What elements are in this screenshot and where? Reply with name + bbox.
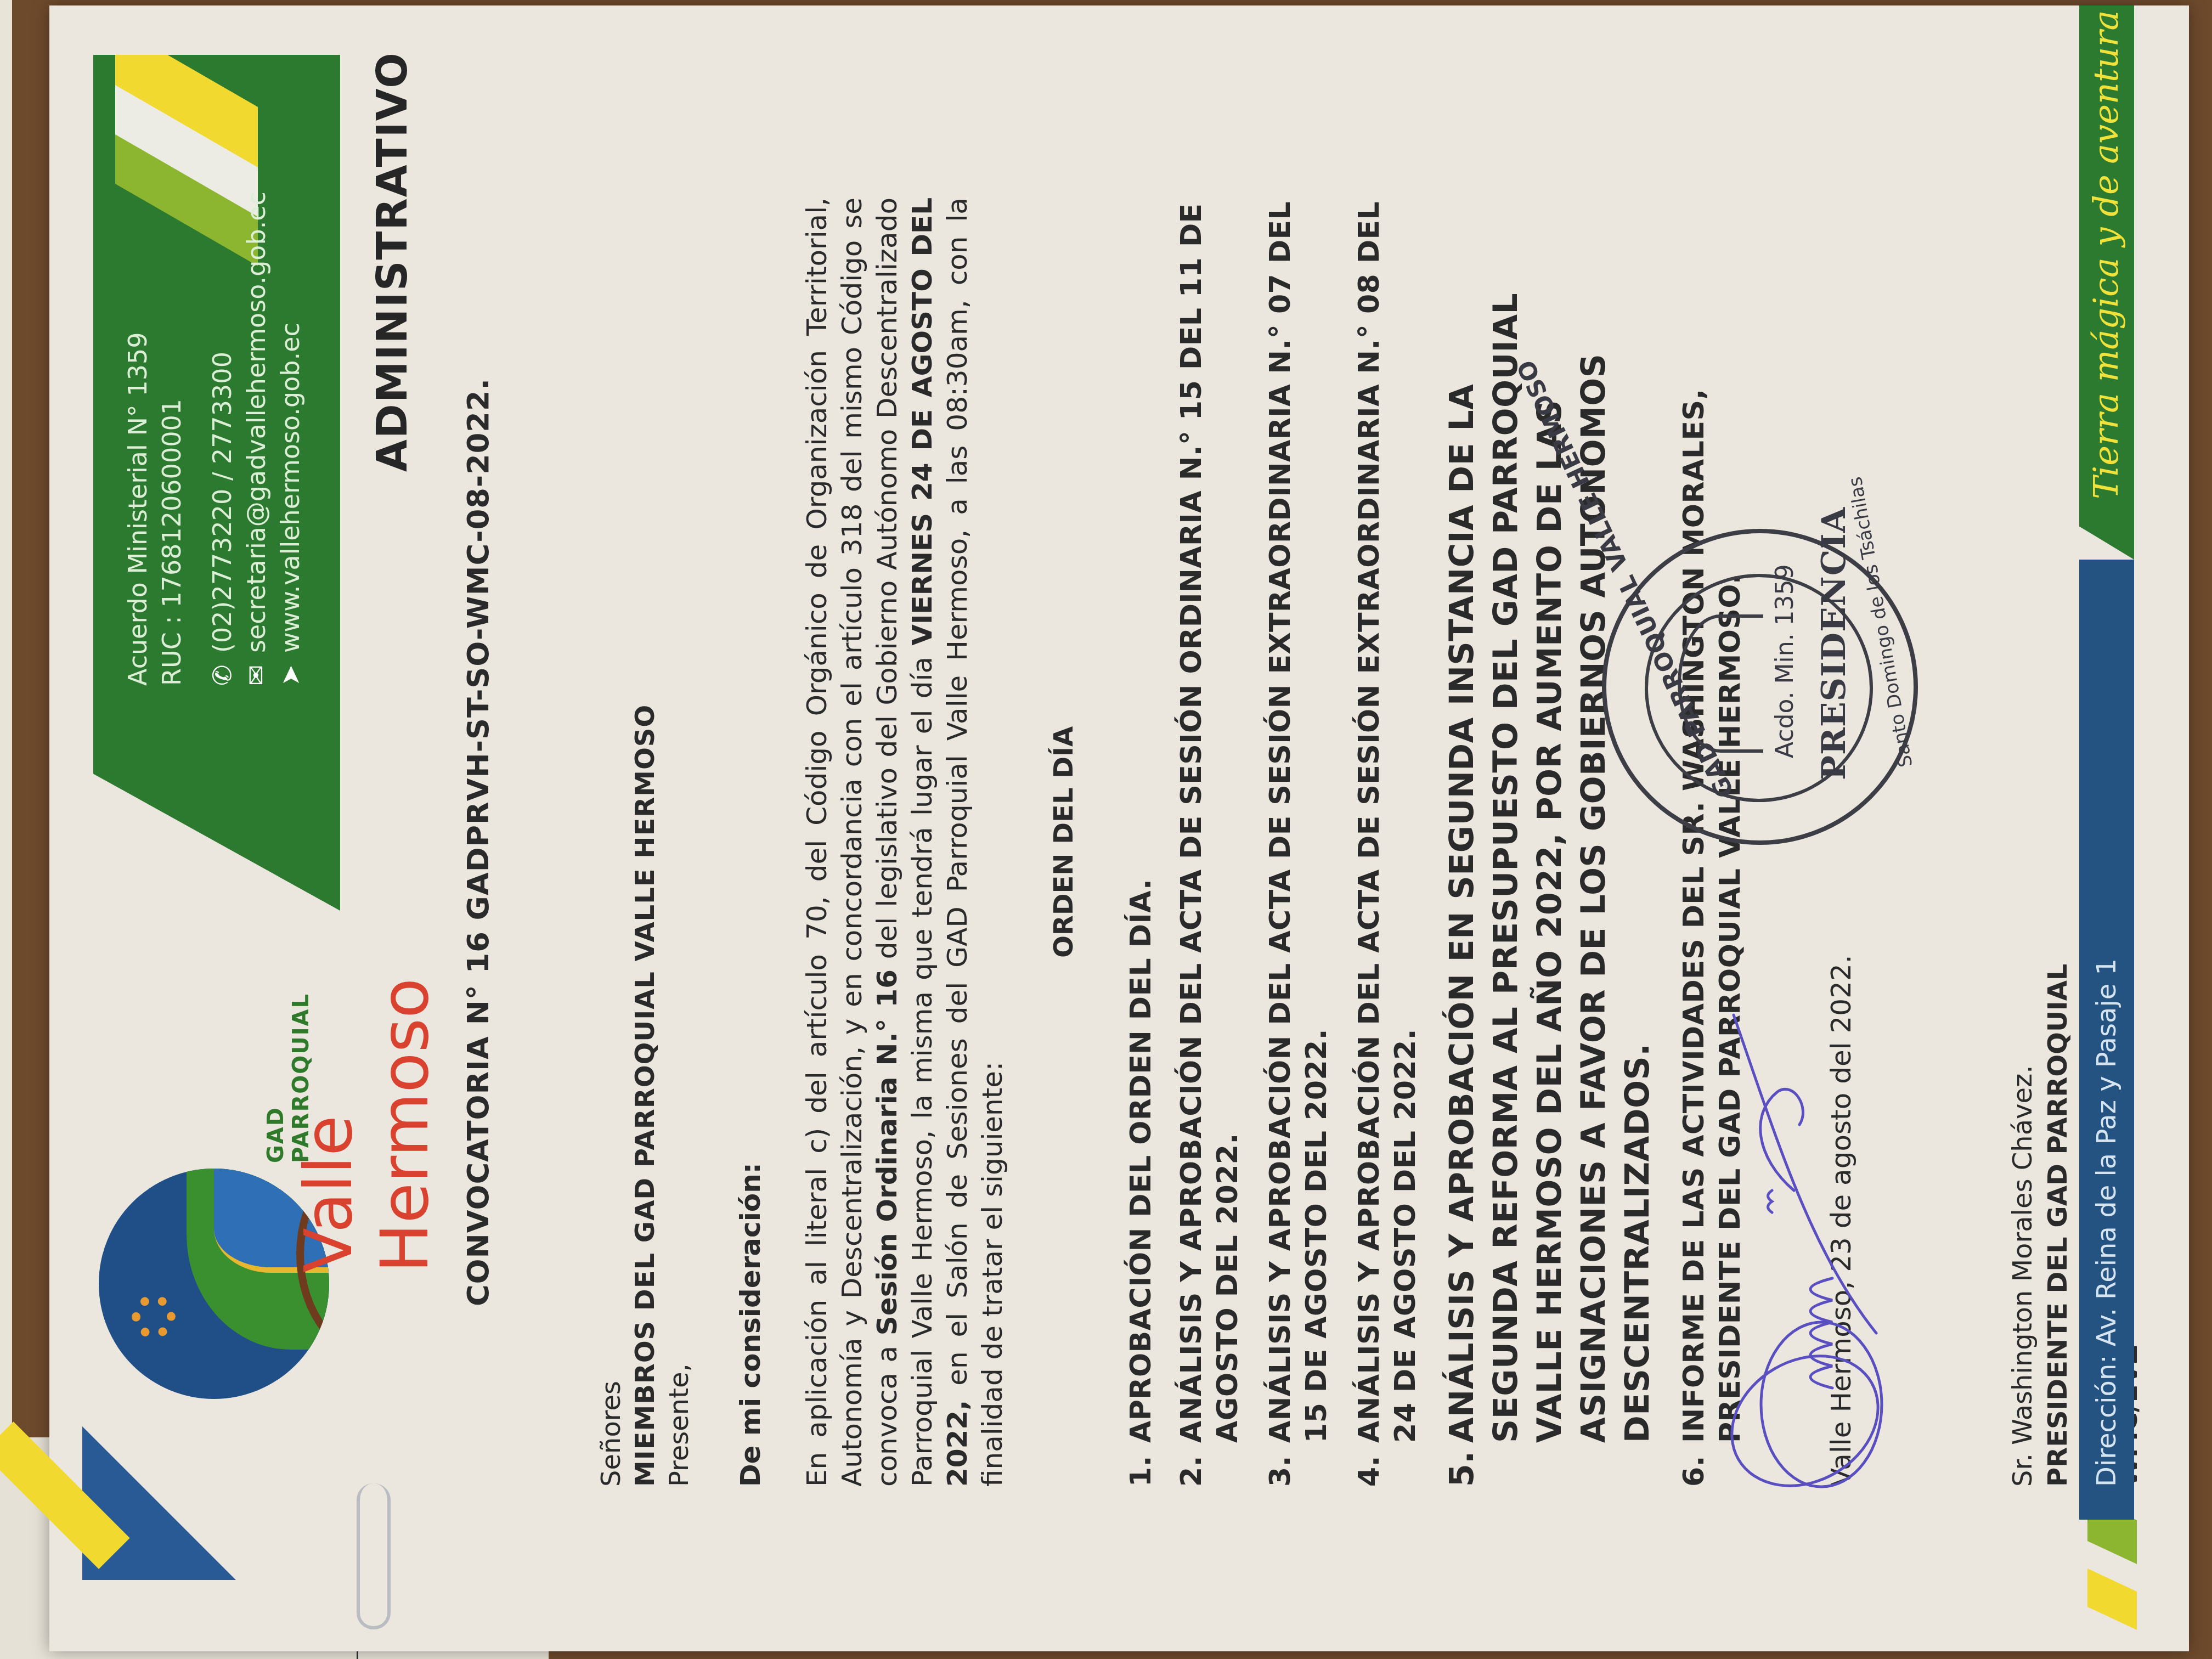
footer-stripes bbox=[2087, 1509, 2131, 1618]
agenda-heading: ORDEN DEL DÍA bbox=[1048, 198, 1079, 1487]
salutation-line: Presente, bbox=[662, 198, 696, 1487]
agenda-item: 1.APROBACIÓN DEL ORDEN DEL DÍA. bbox=[1123, 198, 1159, 1487]
agenda-number: 5. bbox=[1440, 1443, 1660, 1487]
phone-row: ✆(02)2773220 / 2773300 bbox=[205, 191, 239, 686]
logo-name: Valle Hermoso bbox=[291, 977, 443, 1273]
salutation: Señores MIEMBROS DEL GAD PARROQUIAL VALL… bbox=[594, 198, 696, 1487]
salutation-line: Señores bbox=[594, 198, 628, 1487]
agenda-number: 1. bbox=[1123, 1443, 1159, 1487]
agenda-text: ANÁLISIS Y APROBACIÓN DEL ACTA DE SESIÓN… bbox=[1351, 198, 1424, 1443]
agenda-text: ANÁLISIS Y APROBACIÓN DEL ACTA DE SESIÓN… bbox=[1262, 198, 1335, 1443]
signer-name: Sr. Washington Morales Chávez. bbox=[2005, 198, 2040, 1487]
convocation-paragraph: En aplicación al literal c) del artículo… bbox=[799, 198, 1010, 1487]
handwritten-signature-icon bbox=[1712, 1004, 1898, 1498]
phone-number: (02)2773220 / 2773300 bbox=[207, 352, 237, 653]
agenda-item: 3.ANÁLISIS Y APROBACIÓN DEL ACTA DE SESI… bbox=[1262, 198, 1335, 1487]
stamp-agreement: Acdo. Min. 1359 bbox=[1771, 564, 1799, 758]
agenda-text: APROBACIÓN DEL ORDEN DEL DÍA. bbox=[1123, 879, 1159, 1443]
cursor-icon: ➤ bbox=[273, 653, 307, 686]
agreement-number: Acuerdo Ministerial N° 1359 bbox=[121, 191, 155, 686]
agenda-number: 2. bbox=[1173, 1443, 1246, 1487]
agenda-list: 1.APROBACIÓN DEL ORDEN DEL DÍA. 2.ANÁLIS… bbox=[1123, 198, 1748, 1487]
phone-icon: ✆ bbox=[205, 653, 239, 686]
official-stamp: GAD PARROQUIAL VALLE HERMOSO Acdo. Min. … bbox=[1602, 529, 1918, 845]
paragraph-text: en el Salón de Sesiones del GAD Parroqui… bbox=[941, 198, 1008, 1487]
salutation-recipient: MIEMBROS DEL GAD PARROQUIAL VALLE HERMOS… bbox=[628, 198, 662, 1487]
footer-band: Dirección: Av. Reina de la Paz y Pasaje … bbox=[2079, 5, 2140, 1651]
envelope-icon: ✉ bbox=[239, 653, 273, 686]
footer-tagline-band: Tierra mágica y de aventura bbox=[2079, 5, 2134, 560]
agenda-number: 4. bbox=[1351, 1443, 1424, 1487]
ruc-number: RUC : 1768120600001 bbox=[155, 191, 189, 686]
website-row[interactable]: ➤www.vallehermoso.gob.ec bbox=[273, 191, 307, 686]
agenda-text: ANÁLISIS Y APROBACIÓN DEL ACTA DE SESIÓN… bbox=[1173, 198, 1246, 1443]
consideration-heading: De mi consideración: bbox=[735, 198, 766, 1487]
letter-sheet: GAD PARROQUIAL Valle Hermoso Acuerdo Min… bbox=[49, 5, 2189, 1651]
agenda-number: 3. bbox=[1262, 1443, 1335, 1487]
gad-logo: GAD PARROQUIAL Valle Hermoso bbox=[82, 977, 390, 1580]
paperclip-icon bbox=[357, 1483, 391, 1629]
signer-role: PRESIDENTE DEL GAD PARROQUIAL bbox=[2040, 198, 2075, 1487]
address-text: Dirección: Av. Reina de la Paz y Pasaje … bbox=[2091, 958, 2122, 1487]
agenda-item: 2.ANÁLISIS Y APROBACIÓN DEL ACTA DE SESI… bbox=[1173, 198, 1246, 1487]
footer-address: Dirección: Av. Reina de la Paz y Pasaje … bbox=[2079, 560, 2134, 1520]
header-contact-info: Acuerdo Ministerial N° 1359 RUC : 176812… bbox=[121, 191, 307, 686]
convocation-title: CONVOCATORIA N° 16 GADPRVH-ST-SO-WMC-08-… bbox=[461, 198, 495, 1487]
email-row[interactable]: ✉secretaria@gadvallehermoso.gob.ec bbox=[239, 191, 273, 686]
tagline: Tierra mágica y de aventura bbox=[2086, 10, 2126, 499]
department-title: ADMINISTRATIVO bbox=[368, 52, 416, 472]
website-link[interactable]: www.vallehermoso.gob.ec bbox=[275, 323, 305, 653]
session-number: Sesión Ordinaria N.° 16 bbox=[871, 969, 903, 1335]
email-link[interactable]: secretaria@gadvallehermoso.gob.ec bbox=[241, 191, 271, 653]
stamp-office: PRESIDENCIA bbox=[1815, 507, 1853, 780]
agenda-item: 4.ANÁLISIS Y APROBACIÓN DEL ACTA DE SESI… bbox=[1351, 198, 1424, 1487]
